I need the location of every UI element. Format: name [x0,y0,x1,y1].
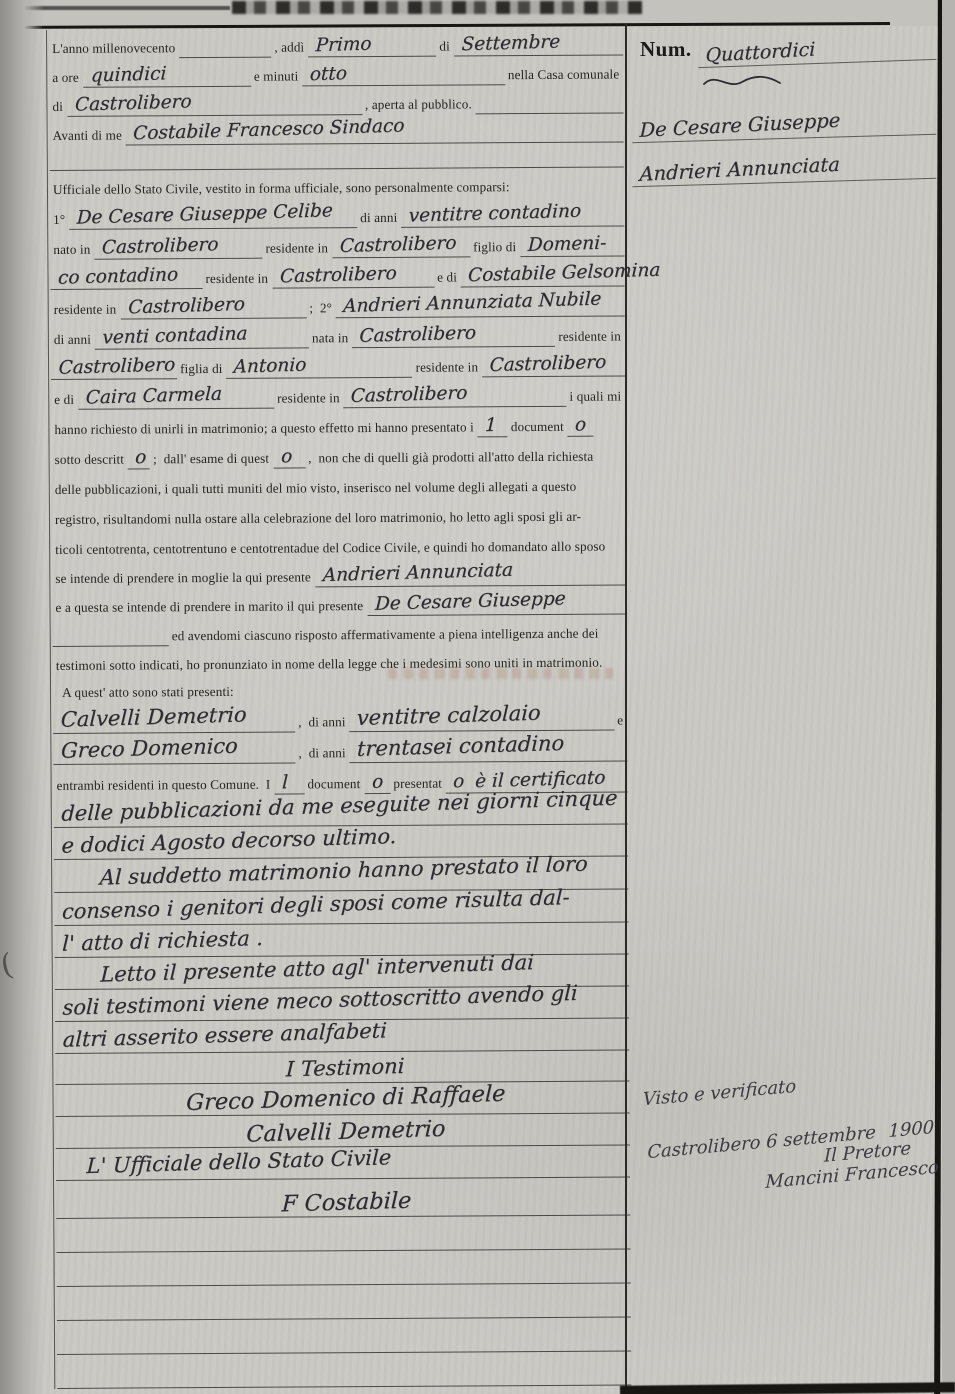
blank-field: Calvelli Demetrio [56,1112,630,1149]
blank-field: Castrolibero [67,85,362,117]
blank-field: soli testimoni viene meco sottoscritto a… [55,985,629,1022]
blank-field: Castrolibero [352,316,555,348]
form-line-15: sotto descritto; dall' esame di questo, … [52,436,626,470]
form-line-31: l' atto di richiesta . [54,922,628,958]
printed-text: i quali mi [566,390,625,407]
margin-bride-name: Andrieri Annunciata [632,155,842,186]
printed-text: , di anni [295,716,349,733]
printed-text: e minuti [251,70,303,87]
blank-field: Greco Domenico [53,731,295,764]
form-line-34: altri asserito essere analfabeti [55,1018,629,1054]
handwritten-entry: o [128,448,149,468]
printed-text: residente in [274,392,344,409]
handwritten-entry: De Cesare Giuseppe [367,590,567,615]
form-line-24: Calvelli Demetrio, di anniventitre calzo… [53,699,627,734]
handwritten-entry: otto [302,65,349,86]
blank-field: delle pubblicazioni da me eseguite nei g… [54,791,628,828]
handwritten-entry: Andrieri Annunciata [315,561,515,586]
form-line-1: L'anno millenovecento, addìPrimodiSettem… [49,26,623,59]
printed-text: se intende di prendere in moglie la qui … [52,571,315,589]
printed-text: , non che di quelli già prodotti all'att… [305,450,597,468]
printed-text: residente in [555,330,625,347]
handwritten-entry: Andrieri Annunziata Nubile [336,290,604,317]
handwritten-entry: delle pubblicazioni da me eseguite nei g… [54,788,620,827]
handwritten-entry: trentasei contadino [350,733,567,762]
num-label: Num. [632,37,698,64]
blank-field: Castrolibero [482,345,625,377]
record-number-row: Num. Quattordici [632,30,936,64]
blank-field: De Cesare Giuseppe [367,584,626,616]
handwritten-entry: L' Ufficiale dello Stato Civile [56,1147,394,1180]
blank-field: Andrieri Annunciata [315,555,627,587]
margin-column: Num. Quattordici De Cesare Giuseppe Andr… [632,30,936,183]
form-line-9: co contadinoresidente inCastroliberoe di… [50,256,624,290]
handwritten-entry: Costabile Francesco Sindaco [126,117,407,145]
handwritten-entry: Antonio [227,356,310,378]
record-number-value: Quattordici [698,40,817,67]
blank-field: ventitre contadino [401,195,624,227]
printed-text: di [49,100,67,117]
blank-field: Castrolibero [94,228,262,260]
blank-field: Calvelli Demetrio [53,700,295,733]
blank-field: Castrolibero [120,287,306,319]
form-line-37: Calvelli Demetrio [56,1113,630,1149]
printed-text: , addì [271,41,308,58]
printed-text: ; dall' esame di quest [150,452,273,469]
form-line-40 [56,1215,630,1253]
form-line-12: Castroliberofiglia diAntonioresidente in… [51,346,625,380]
blank-field: l' atto di richiesta . [54,921,628,958]
blank-field [179,28,271,59]
handwritten-entry: ventitre contadino [401,202,583,227]
blank-field [57,1282,631,1321]
blank-field [53,616,169,647]
handwritten-entry: Castrolibero [332,234,458,257]
printed-text: e di [51,393,78,410]
form-line-33: soli testimoni viene meco sottoscritto a… [55,986,629,1022]
handwritten-entry: quindici [83,65,168,87]
blank-field: o [446,761,468,793]
handwritten-entry: soli testimoni viene meco sottoscritto a… [55,983,580,1021]
form-line-8: nato inCastroliberoresidente inCastrolib… [50,226,624,260]
form-line-21: ed avendomi ciascuno risposto affermativ… [53,614,627,647]
form-line-25: Greco Domenico, di annitrentasei contadi… [53,730,627,765]
margin-groom-name: De Cesare Giuseppe [632,111,842,142]
blank-field: Andrieri Annunziata Nubile [336,285,625,318]
blank-field: ventitre calzolaio [349,699,614,733]
printed-text: e [614,714,627,731]
blank-field: altri asserito essere analfabeti [55,1017,629,1054]
handwritten-entry: Greco Domenico di Raffaele [178,1082,507,1115]
printed-text: document [508,420,568,437]
handwritten-entry: Castrolibero [120,295,246,318]
blank-field: co contadino [50,258,202,290]
handwritten-entry: Calvelli Demetrio [239,1117,448,1147]
handwritten-entry: ventitre calzolaio [350,703,544,732]
form-body: L'anno millenovecento, addìPrimodiSettem… [46,26,631,1388]
printed-text: document [304,778,364,795]
handwritten-entry: o [273,448,294,468]
printed-text: nato in [50,243,94,260]
binding-shadow [0,0,44,1394]
handwritten-entry: l' atto di richiesta . [55,928,266,957]
verification-note: Visto e verificato Castrolibero 6 settem… [634,1065,953,1204]
blank-field [56,1214,630,1253]
record-number-field: Quattordici [697,39,936,68]
blank-field: quindici [83,57,251,88]
printed-text: residente in [262,242,332,259]
blank-field: o [568,406,594,437]
form-line-18: ticoli centotrenta, centotrentuno e cent… [52,526,626,560]
printed-text: 1° [50,213,69,230]
blank-field: L' Ufficiale dello Stato Civile [56,1144,630,1181]
handwritten-entry: e dodici Agosto decorso ultimo. [54,826,399,859]
handwritten-entry: Castrolibero [67,93,193,116]
blank-field: venti contadina [95,317,309,349]
printed-text: di [436,40,454,57]
handwritten-entry: Primo [308,35,374,56]
handwritten-entry: l [274,774,290,794]
blank-space [57,1387,66,1388]
blank-field: consenso i genitori degli sposi come ris… [54,888,628,926]
printed-text: residente in [412,361,482,378]
handwritten-entry: De Cesare Giuseppe Celibe [69,202,335,229]
handwritten-entry: Domeni- [520,234,608,256]
printed-text: residente in [51,303,121,320]
form-line-41 [56,1249,630,1287]
blank-field: o [128,438,150,469]
handwritten-entry: 1 [478,416,500,436]
handwritten-entry: Castrolibero [51,356,177,379]
handwritten-entry: Caira Carmela [78,385,224,409]
blank-field: 1 [478,406,508,437]
blank-field: Costabile Francesco Sindaco [126,112,624,145]
printed-text: e a questa se intende di prendere in mar… [52,600,367,618]
blank-field: Primo [308,27,436,58]
blank-field: De Cesare Giuseppe Celibe [69,197,357,230]
blank-field: Castrolibero [344,376,567,408]
handwritten-entry: Castrolibero [344,384,470,407]
form-line-22: testimoni sotto indicati, ho pronunziato… [53,643,627,676]
blank-field: Settembre [454,25,623,56]
handwritten-entry: altri asserito essere analfabeti [55,1020,389,1053]
printed-text: residente in [202,272,272,289]
handwritten-entry: Castrolibero [272,264,398,287]
blank-field [476,83,624,114]
blank-field: Antonio [226,347,412,379]
blank-field [56,1248,630,1287]
printed-text: di anni [357,211,401,228]
form-line-20: e a questa se intende di prendere in mar… [52,585,626,618]
handwritten-entry: o [568,416,589,436]
blank-field [57,1316,631,1355]
printed-text: nata in [309,332,352,349]
handwritten-entry: I Testimoni [279,1056,407,1083]
blank-field: F Costabile [56,1176,630,1219]
marriage-record-page: ( L'anno millenovecento, addìPrimodiSett… [0,0,955,1394]
blank-field [57,1350,631,1389]
previous-page-smudge [232,1,642,14]
form-line-7: 1°De Cesare Giuseppe Celibedi anniventit… [50,196,624,230]
handwritten-entry: Costabile Gelsomina [461,261,663,286]
blank-field: Caira Carmela [78,378,274,410]
blank-field: Castrolibero [332,226,470,258]
form-line-27: delle pubblicazioni da me eseguite nei g… [54,792,628,828]
form-line-16: delle pubblicazioni, i quali tutti munit… [52,466,626,500]
printed-text: ; 2° [306,302,336,319]
blank-space [50,169,59,170]
form-line-13: e diCaira Carmelaresidente inCastroliber… [51,376,625,410]
form-line-38: L' Ufficiale dello Stato Civile [56,1145,630,1181]
form-line-39: F Costabile [56,1177,630,1219]
blank-field: Costabile Gelsomina [461,255,625,287]
handwritten-entry: Settembre [454,33,562,56]
blank-field: otto [302,55,505,86]
verification-line1: Visto e verificato [636,1078,799,1111]
printed-text: sotto descritt [52,453,129,470]
form-line-42 [57,1283,631,1321]
handwritten-entry: Castrolibero [352,324,478,347]
flourish-mark [702,74,936,95]
printed-text: figlia di [177,362,227,379]
blank-field: o [364,762,390,794]
handwritten-entry: o [364,773,385,793]
scan-bottom-band [620,1382,955,1394]
form-line-10: residente inCastrolibero; 2°Andrieri Ann… [51,286,625,320]
blank-field: l [274,762,304,794]
form-line-30: consenso i genitori degli sposi come ris… [54,889,628,926]
handwritten-entry: Castrolibero [482,353,608,376]
form-line-44 [57,1351,631,1389]
printed-text: Avanti di me [50,129,126,146]
printed-text: a ore [49,71,83,88]
form-line-11: di anniventi contadinanata inCastroliber… [51,316,625,350]
blank-field: Domeni- [520,225,624,257]
form-line-17: registro, risultandomi nulla ostare alla… [52,496,626,530]
handwritten-entry: Greco Domenico [53,736,240,764]
handwritten-entry: consenso i genitori degli sposi come ris… [54,887,572,925]
printed-text: e di [434,271,461,288]
blank-field: Castrolibero [272,257,434,289]
handwritten-entry: venti contadina [95,325,250,349]
blank-field: o [273,437,305,468]
margin-bride-name-field: Andrieri Annunciata [632,157,936,187]
blank-field [50,141,624,171]
form-line-35: I Testimoni [55,1050,629,1085]
blank-field: trentasei contadino [350,729,628,763]
blank-field: Greco Domenico di Raffaele [55,1080,629,1117]
handwritten-entry: co contadino [51,266,181,289]
blank-space [53,645,62,646]
form-line-36: Greco Domenico di Raffaele [55,1081,629,1117]
form-line-5 [50,142,624,171]
form-line-14: hanno richiesto di unirli in matrimonio;… [51,406,625,440]
margin-groom-name-field: De Cesare Giuseppe [632,113,936,143]
handwritten-entry: Castrolibero [95,236,221,259]
blank-field: I Testimoni [55,1049,629,1085]
printed-text: figlio di [470,241,520,258]
scan-right-strip [942,0,955,1394]
form-line-43 [57,1317,631,1355]
handwritten-entry: F Costabile [274,1189,414,1217]
handwritten-entry: Calvelli Demetrio [53,704,249,733]
printed-text: , di anni [295,747,349,764]
blank-field: Castrolibero [51,348,177,380]
printed-text: di anni [51,333,95,350]
